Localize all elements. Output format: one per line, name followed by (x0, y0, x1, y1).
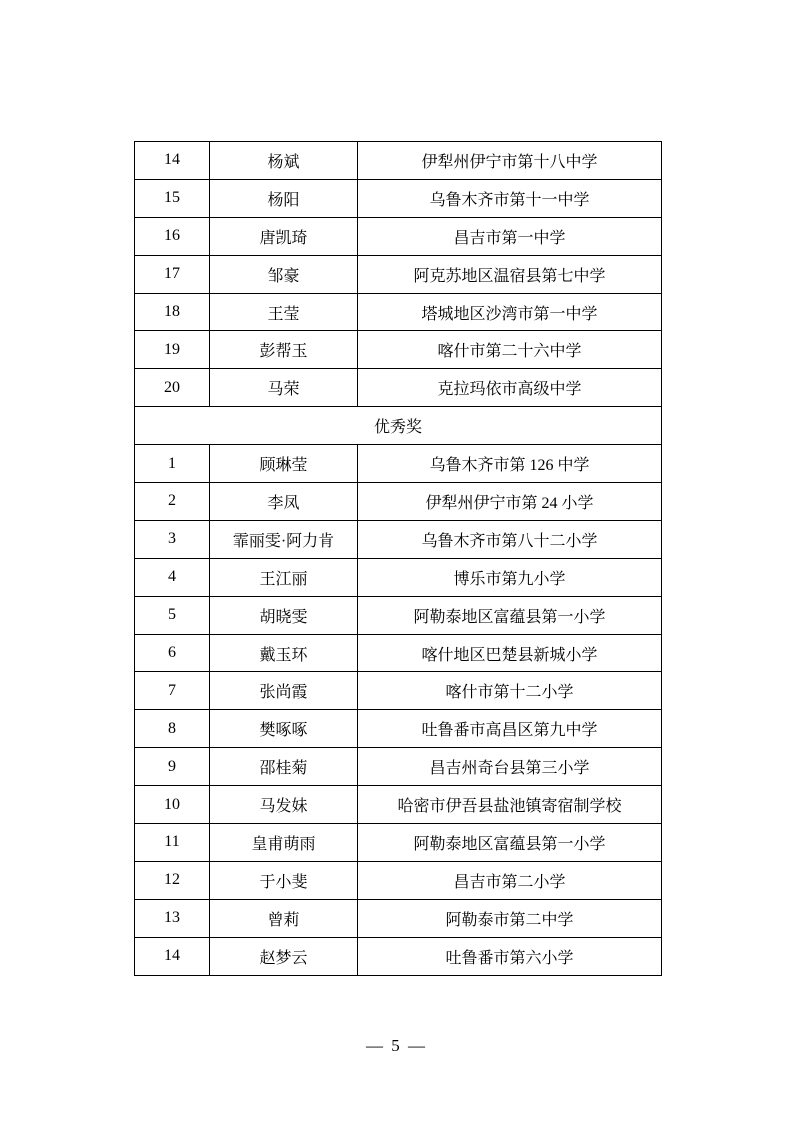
rank-cell: 12 (135, 861, 210, 899)
rank-cell: 18 (135, 293, 210, 331)
name-cell: 戴玉环 (210, 634, 358, 672)
name-cell: 马发妹 (210, 786, 358, 824)
name-cell: 李凤 (210, 483, 358, 521)
rank-cell: 7 (135, 672, 210, 710)
name-cell: 霏丽雯·阿力肯 (210, 520, 358, 558)
school-cell: 昌吉市第一中学 (358, 217, 662, 255)
table-row: 19彭帮玉喀什市第二十六中学 (135, 331, 662, 369)
table-row: 8樊啄啄吐鲁番市高昌区第九中学 (135, 710, 662, 748)
name-cell: 张尚霞 (210, 672, 358, 710)
document-page: 14杨斌伊犁州伊宁市第十八中学15杨阳乌鲁木齐市第十一中学16唐凯琦昌吉市第一中… (0, 0, 793, 1122)
rank-cell: 4 (135, 558, 210, 596)
rank-cell: 13 (135, 899, 210, 937)
table-row: 14赵梦云吐鲁番市第六小学 (135, 937, 662, 975)
name-cell: 于小斐 (210, 861, 358, 899)
table-row: 12于小斐昌吉市第二小学 (135, 861, 662, 899)
name-cell: 樊啄啄 (210, 710, 358, 748)
name-cell: 彭帮玉 (210, 331, 358, 369)
award-table-body: 14杨斌伊犁州伊宁市第十八中学15杨阳乌鲁木齐市第十一中学16唐凯琦昌吉市第一中… (135, 142, 662, 976)
table-row: 1顾琳莹乌鲁木齐市第 126 中学 (135, 445, 662, 483)
school-cell: 克拉玛依市高级中学 (358, 369, 662, 407)
table-row: 6戴玉环喀什地区巴楚县新城小学 (135, 634, 662, 672)
name-cell: 邵桂菊 (210, 748, 358, 786)
name-cell: 杨阳 (210, 179, 358, 217)
school-cell: 伊犁州伊宁市第十八中学 (358, 142, 662, 180)
rank-cell: 10 (135, 786, 210, 824)
name-cell: 皇甫萌雨 (210, 824, 358, 862)
rank-cell: 17 (135, 255, 210, 293)
table-row: 20马荣克拉玛依市高级中学 (135, 369, 662, 407)
school-cell: 阿勒泰地区富蕴县第一小学 (358, 596, 662, 634)
table-row: 14杨斌伊犁州伊宁市第十八中学 (135, 142, 662, 180)
page-number: — 5 — (0, 1036, 793, 1056)
section-header-row: 优秀奖 (135, 407, 662, 445)
school-cell: 喀什地区巴楚县新城小学 (358, 634, 662, 672)
name-cell: 马荣 (210, 369, 358, 407)
name-cell: 顾琳莹 (210, 445, 358, 483)
school-cell: 伊犁州伊宁市第 24 小学 (358, 483, 662, 521)
name-cell: 王莹 (210, 293, 358, 331)
rank-cell: 8 (135, 710, 210, 748)
table-row: 10马发妹哈密市伊吾县盐池镇寄宿制学校 (135, 786, 662, 824)
name-cell: 赵梦云 (210, 937, 358, 975)
rank-cell: 16 (135, 217, 210, 255)
table-row: 5胡晓雯阿勒泰地区富蕴县第一小学 (135, 596, 662, 634)
school-cell: 乌鲁木齐市第八十二小学 (358, 520, 662, 558)
school-cell: 吐鲁番市第六小学 (358, 937, 662, 975)
award-table: 14杨斌伊犁州伊宁市第十八中学15杨阳乌鲁木齐市第十一中学16唐凯琦昌吉市第一中… (134, 141, 662, 976)
school-cell: 阿勒泰市第二中学 (358, 899, 662, 937)
rank-cell: 3 (135, 520, 210, 558)
rank-cell: 19 (135, 331, 210, 369)
school-cell: 昌吉市第二小学 (358, 861, 662, 899)
school-cell: 阿克苏地区温宿县第七中学 (358, 255, 662, 293)
school-cell: 喀什市第十二小学 (358, 672, 662, 710)
school-cell: 乌鲁木齐市第 126 中学 (358, 445, 662, 483)
table-row: 7张尚霞喀什市第十二小学 (135, 672, 662, 710)
rank-cell: 20 (135, 369, 210, 407)
school-cell: 博乐市第九小学 (358, 558, 662, 596)
rank-cell: 11 (135, 824, 210, 862)
table-row: 13曾莉阿勒泰市第二中学 (135, 899, 662, 937)
school-cell: 吐鲁番市高昌区第九中学 (358, 710, 662, 748)
name-cell: 曾莉 (210, 899, 358, 937)
name-cell: 唐凯琦 (210, 217, 358, 255)
table-row: 11皇甫萌雨阿勒泰地区富蕴县第一小学 (135, 824, 662, 862)
table-row: 18王莹塔城地区沙湾市第一中学 (135, 293, 662, 331)
rank-cell: 14 (135, 142, 210, 180)
name-cell: 王江丽 (210, 558, 358, 596)
school-cell: 乌鲁木齐市第十一中学 (358, 179, 662, 217)
rank-cell: 6 (135, 634, 210, 672)
school-cell: 哈密市伊吾县盐池镇寄宿制学校 (358, 786, 662, 824)
table-row: 17邹豪阿克苏地区温宿县第七中学 (135, 255, 662, 293)
name-cell: 胡晓雯 (210, 596, 358, 634)
rank-cell: 1 (135, 445, 210, 483)
rank-cell: 15 (135, 179, 210, 217)
table-row: 15杨阳乌鲁木齐市第十一中学 (135, 179, 662, 217)
school-cell: 塔城地区沙湾市第一中学 (358, 293, 662, 331)
rank-cell: 5 (135, 596, 210, 634)
section-header-cell: 优秀奖 (135, 407, 662, 445)
name-cell: 邹豪 (210, 255, 358, 293)
rank-cell: 14 (135, 937, 210, 975)
table-row: 2李凤伊犁州伊宁市第 24 小学 (135, 483, 662, 521)
table-row: 9邵桂菊昌吉州奇台县第三小学 (135, 748, 662, 786)
table-row: 4王江丽博乐市第九小学 (135, 558, 662, 596)
school-cell: 阿勒泰地区富蕴县第一小学 (358, 824, 662, 862)
rank-cell: 2 (135, 483, 210, 521)
name-cell: 杨斌 (210, 142, 358, 180)
school-cell: 昌吉州奇台县第三小学 (358, 748, 662, 786)
school-cell: 喀什市第二十六中学 (358, 331, 662, 369)
table-row: 16唐凯琦昌吉市第一中学 (135, 217, 662, 255)
rank-cell: 9 (135, 748, 210, 786)
table-row: 3霏丽雯·阿力肯乌鲁木齐市第八十二小学 (135, 520, 662, 558)
